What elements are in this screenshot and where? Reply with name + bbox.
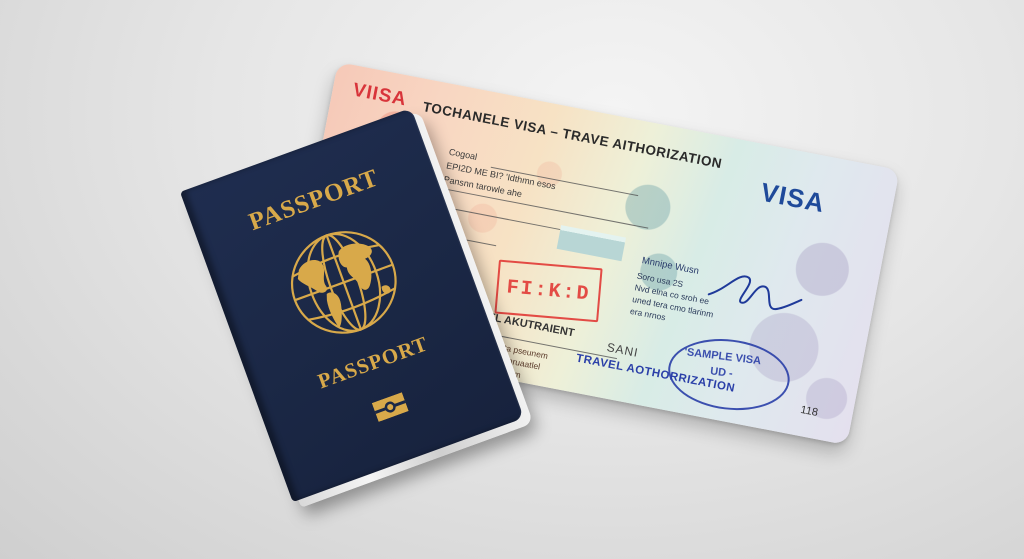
red-entry-stamp: FI:K:D (494, 260, 602, 323)
biometric-chip-icon (372, 392, 409, 422)
globe-icon (269, 210, 419, 354)
scene: VIISA TOCHANELE VISA – TRAVE AITHORIZATI… (0, 0, 1024, 559)
